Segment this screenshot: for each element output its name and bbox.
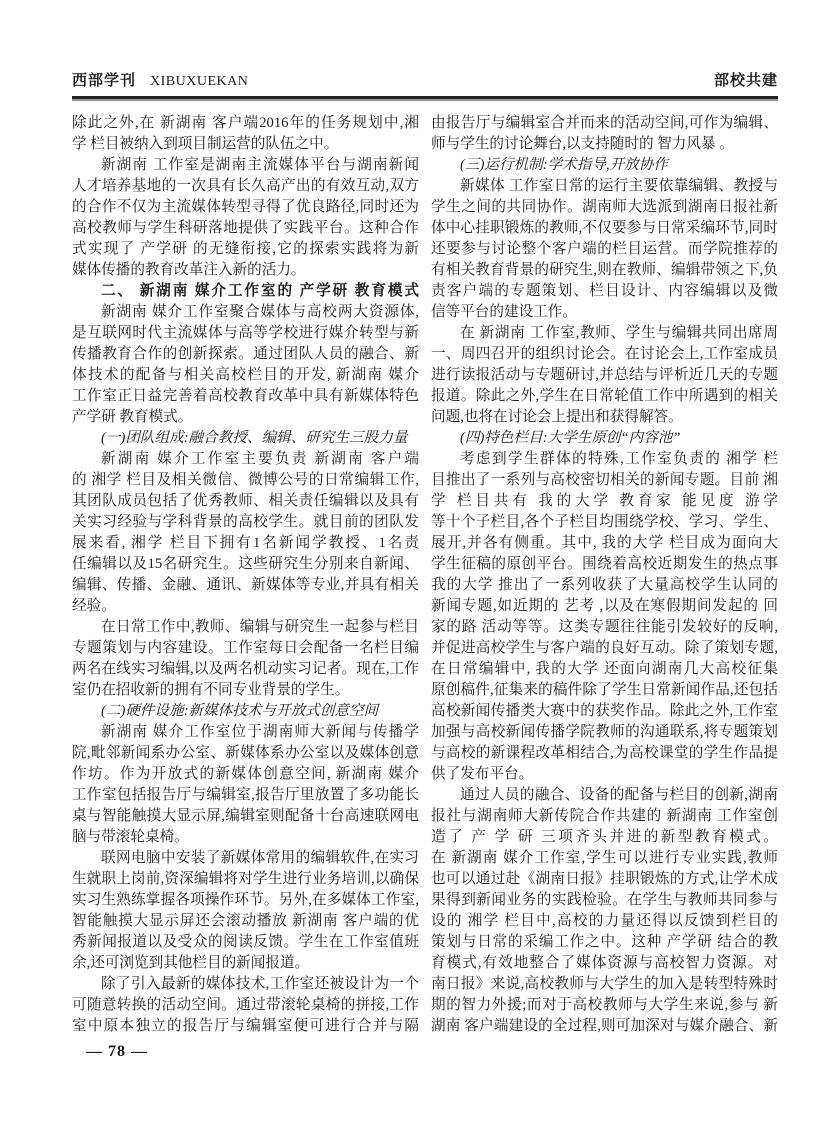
section-label: 部校共建: [714, 70, 778, 92]
text-line: 专题策划与内容建设。工作室每日会配备一名栏目编辑、: [72, 638, 419, 659]
journal-page: 西部学刊 XIBUXUEKAN 部校共建 除此之外,在 新湖南 客户端2016年…: [0, 0, 833, 1123]
text-line: (三)运行机制:学术指导,开放协作: [431, 155, 778, 176]
text-line: 一、周四召开的组织讨论会。在讨论会上,工作室成员将: [431, 344, 778, 365]
text-line: 余,还可浏览到其他栏目的新闻报道。: [72, 953, 419, 974]
text-line: 展开,并各有侧重。其中, 我的大学 栏目成为面向大: [431, 533, 778, 554]
text-line: 学生征稿的原创平台。围绕着高校近期发生的热点事件,: [431, 554, 778, 575]
text-line: 任编辑以及15名研究生。这些研究生分别来自新闻、: [72, 554, 419, 575]
text-line: 新湖南 媒介工作室聚合媒体与高校两大资源体,: [72, 302, 419, 323]
header-rule: [72, 96, 778, 101]
text-line: 湖南 客户端建设的全过程,则可加深对与媒介融合、新: [431, 1016, 778, 1037]
text-line: 还要参与讨论整个客户端的栏目运营。而学院推荐的具: [431, 239, 778, 260]
header-row: 西部学刊 XIBUXUEKAN 部校共建: [72, 70, 778, 92]
article-body: 除此之外,在 新湖南 客户端2016年的任务规划中,湘学 栏目被纳入到项目制运营…: [72, 113, 778, 1037]
journal-title-pinyin: XIBUXUEKAN: [150, 71, 248, 93]
text-line: 传播教育合作的创新探索。通过团队人员的融合、新媒: [72, 344, 419, 365]
text-line: 秀新闻报道以及受众的阅读反馈。学生在工作室值班之: [72, 932, 419, 953]
text-line: 关实习经验与学科背景的高校学生。就目前的团队发: [72, 512, 419, 533]
text-line: (一)团队组成:融合教授、编辑、研究生三股力量: [72, 428, 419, 449]
text-line: 师与学生的讨论舞台,以支持随时的 智力风暴 。: [431, 134, 778, 155]
text-line: 目推出了一系列与高校密切相关的新闻专题。目前 湘: [431, 470, 778, 491]
text-line: 加强与高校新闻传播学院教师的沟通联系,将专题策划: [431, 722, 778, 743]
text-line: 在日常编辑中, 我的大学 还面向湖南几大高校征集: [431, 659, 778, 680]
text-line: 学生之间的共同协作。湖南师大选派到湖南日报社新媒: [431, 197, 778, 218]
text-line: 人才培养基地的一次具有长久高产出的有效互动,双方: [72, 176, 419, 197]
text-line: 有相关教育背景的研究生,则在教师、编辑带领之下,负: [431, 260, 778, 281]
text-line: 工作室正日益完善着高校教育改革中具有新媒体特色的: [72, 386, 419, 407]
text-line: 通过人员的融合、设备的配备与栏目的创新,湖南日: [431, 785, 778, 806]
page-number: — 78 —: [86, 1043, 148, 1060]
text-line: 生就职上岗前,资深编辑将对学生进行业务培训,以确保: [72, 869, 419, 890]
text-line: 并促进高校学生与客户端的良好互动。除了策划专题,: [431, 638, 778, 659]
text-line: 桌与智能触摸大显示屏,编辑室则配备十台高速联网电: [72, 806, 419, 827]
text-line: 其团队成员包括了优秀教师、相关责任编辑以及具有相: [72, 491, 419, 512]
text-line: 我的大学 推出了一系列收获了大量高校学生认同的: [431, 575, 778, 596]
text-line: 责客户端的专题策划、栏目设计、内容编辑以及微博、微: [431, 281, 778, 302]
text-line: 造了 产 学 研 三项齐头并进的新型教育模式。: [431, 827, 778, 848]
text-line: 等十个子栏目,各个子栏目均围绕学校、学习、学生、学术: [431, 512, 778, 533]
text-line: (二)硬件设施:新媒体技术与开放式创意空间: [72, 701, 419, 722]
text-line: 由报告厅与编辑室合并而来的活动空间,可作为编辑、老: [431, 113, 778, 134]
text-line: 是互联网时代主流媒体与高等学校进行媒介转型与新闻: [72, 323, 419, 344]
text-line: 经验。: [72, 596, 419, 617]
right-column: 由报告厅与编辑室合并而来的活动空间,可作为编辑、老师与学生的讨论舞台,以支持随时…: [431, 113, 778, 1037]
text-line: 在日常工作中,教师、编辑与研究生一起参与栏目的: [72, 617, 419, 638]
text-line: 式实现了 产学研 的无缝衔接,它的探索实践将为新: [72, 239, 419, 260]
text-line: 策划与日常的采编工作之中。这种 产学研 结合的教: [431, 932, 778, 953]
text-line: 供了发布平台。: [431, 764, 778, 785]
text-line: 学 栏目共有 我的大学 教育家 能见度 游学: [431, 491, 778, 512]
text-line: 除了引入最新的媒体技术,工作室还被设计为一个: [72, 974, 419, 995]
text-line: 实习生熟练掌握各项操作环节。另外,在多媒体工作室,: [72, 890, 419, 911]
text-line: 问题,也将在讨论会上提出和获得解答。: [431, 407, 778, 428]
text-line: 室中原本独立的报告厅与编辑室便可进行合并与隔断。: [72, 1016, 419, 1037]
text-line: 工作室包括报告厅与编辑室,报告厅里放置了多功能长: [72, 785, 419, 806]
left-column: 除此之外,在 新湖南 客户端2016年的任务规划中,湘学 栏目被纳入到项目制运营…: [72, 113, 419, 1037]
text-line: 新闻专题,如近期的 艺考 ,以及在寒假期间发起的 回: [431, 596, 778, 617]
text-line: 联网电脑中安装了新媒体常用的编辑软件,在实习: [72, 848, 419, 869]
text-line: 编辑、传播、金融、通讯、新媒体等专业,并具有相关实习: [72, 575, 419, 596]
text-line: 两名在线实习编辑,以及两名机动实习记者。现在,工作: [72, 659, 419, 680]
text-line: 新湖南 媒介工作室主要负责 新湖南 客户端: [72, 449, 419, 470]
text-line: 智能触摸大显示屏还会滚动播放 新湖南 客户端的优: [72, 911, 419, 932]
text-line: 新媒体 工作室日常的运行主要依靠编辑、教授与: [431, 176, 778, 197]
text-line: 的 湘学 栏目及相关微信、微博公号的日常编辑工作,: [72, 470, 419, 491]
text-line: 可随意转换的活动空间。通过带滚轮桌椅的拼接,工作: [72, 995, 419, 1016]
text-line: 体技术的配备与相关高校栏目的开发, 新湖南 媒介: [72, 365, 419, 386]
text-line: 在 新湖南 媒介工作室,学生可以进行专业实践,教师: [431, 848, 778, 869]
page-header: 西部学刊 XIBUXUEKAN 部校共建: [72, 70, 778, 101]
text-line: 也可以通过赴《湖南日报》挂职锻炼的方式,让学术成: [431, 869, 778, 890]
text-line: 设的 湘学 栏目中,高校的力量还得以反馈到栏目的: [431, 911, 778, 932]
text-line: 体中心挂职锻炼的教师,不仅要参与日常采编环节,同时: [431, 218, 778, 239]
text-line: 展来看, 湘学 栏目下拥有1名新闻学教授、1名责: [72, 533, 419, 554]
text-line: 原创稿件,征集来的稿件除了学生日常新闻作品,还包括: [431, 680, 778, 701]
text-line: 信等平台的建设工作。: [431, 302, 778, 323]
text-line: 报社与湖南师大新传院合作共建的 新湖南 工作室创: [431, 806, 778, 827]
text-line: 产学研 教育模式。: [72, 407, 419, 428]
text-line: 媒体传播的教育改革注入新的活力。: [72, 260, 419, 281]
text-line: 的合作不仅为主流媒体转型寻得了优良路径,同时还为: [72, 197, 419, 218]
text-line: 期的智力外援;而对于高校教师与大学生来说,参与 新: [431, 995, 778, 1016]
text-line: 在 新湖南 工作室,教师、学生与编辑共同出席周: [431, 323, 778, 344]
text-line: 室仍在招收新的拥有不同专业背景的学生。: [72, 680, 419, 701]
text-line: 新湖南 媒介工作室位于湖南师大新闻与传播学: [72, 722, 419, 743]
text-line: 南日报》来说,高校教师与大学生的加入是转型特殊时: [431, 974, 778, 995]
text-line: 育模式,有效地整合了媒体资源与高校智力资源。对《湖: [431, 953, 778, 974]
text-line: 院,毗邻新闻系办公室、新媒体系办公室以及媒体创意工: [72, 743, 419, 764]
text-line: 除此之外,在 新湖南 客户端2016年的任务规划中,湘: [72, 113, 419, 134]
text-line: 作坊。作为开放式的新媒体创意空间, 新湖南 媒介: [72, 764, 419, 785]
text-line: 报道。除此之外,学生在日常轮值工作中所遇到的相关: [431, 386, 778, 407]
text-line: 脑与带滚轮桌椅。: [72, 827, 419, 848]
text-line: 果得到新闻业务的实践检验。在学生与教师共同参与建: [431, 890, 778, 911]
text-line: 与高校的新课程改革相结合,为高校课堂的学生作品提: [431, 743, 778, 764]
text-line: 家的路 活动等等。这类专题往往能引发较好的反响,: [431, 617, 778, 638]
text-line: 学 栏目被纳入到项目制运营的队伍之中。: [72, 134, 419, 155]
text-line: 二、 新湖南 媒介工作室的 产学研 教育模式: [72, 281, 419, 302]
text-line: (四)特色栏目:大学生原创“内容池”: [431, 428, 778, 449]
text-line: 新湖南 工作室是湖南主流媒体平台与湖南新闻: [72, 155, 419, 176]
text-line: 考虑到学生群体的特殊,工作室负责的 湘学 栏: [431, 449, 778, 470]
journal-title: 西部学刊: [72, 70, 136, 92]
text-line: 高校新闻传播类大赛中的获奖作品。除此之外,工作室: [431, 701, 778, 722]
text-line: 高校教师与学生科研落地提供了实践平台。这种合作模: [72, 218, 419, 239]
page-footer: — 78 —: [86, 1043, 778, 1061]
text-line: 进行读报活动与专题研讨,并总结与评析近几天的专题: [431, 365, 778, 386]
